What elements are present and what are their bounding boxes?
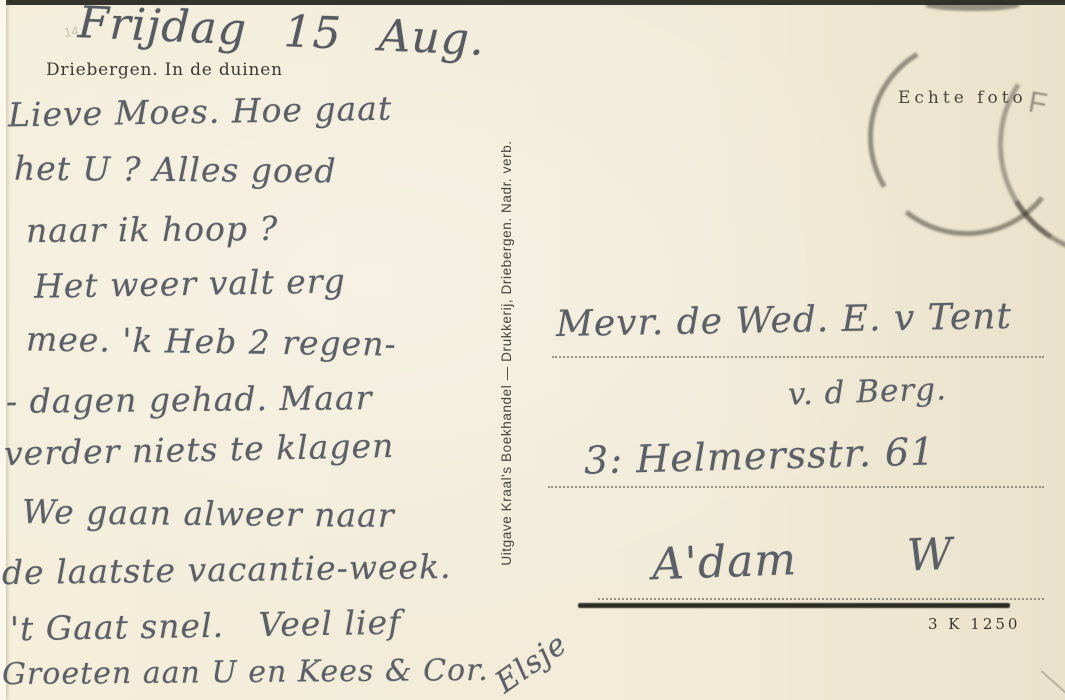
message-line: 't Gaat snel. Veel lief (10, 603, 402, 649)
message-line: - dagen gehad. Maar (6, 378, 373, 421)
scan-edge-left (0, 0, 6, 700)
message-line: de laatste vacantie-week. (2, 547, 452, 592)
message-line: verder niets te klagen (4, 426, 395, 473)
address-rule (548, 486, 1044, 488)
message-line: naar ik hoop ? (26, 209, 279, 250)
photo-quality-mark: Echte foto (898, 88, 1027, 108)
print-code: 3 K 1250 (928, 615, 1020, 633)
message-line: mee. 'k Heb 2 regen- (26, 319, 397, 363)
message-line: We gaan alweer naar (22, 492, 395, 535)
message-line: het U ? Alles goed (14, 149, 337, 191)
message-line: Lieve Moes. Hoe gaat (8, 89, 393, 135)
postmark-smudge-icon (925, 0, 1020, 11)
address-line-2: v. d Berg. (787, 371, 947, 413)
corner-scratch (1041, 670, 1065, 700)
handwritten-date: Frijdag 15 Aug. (77, 0, 486, 66)
address-line-1: Mevr. de Wed. E. v Tent (556, 296, 1013, 345)
printed-caption: Driebergen. In de duinen (46, 60, 283, 80)
postcard-back: 14 Frijdag 15 Aug. Driebergen. In de dui… (0, 0, 1065, 700)
publisher-imprint: Uitgave Kraal's Boekhandel — Drukkerij, … (499, 64, 514, 642)
address-line-4: A'dam W (651, 529, 954, 590)
address-rule (598, 598, 1044, 600)
strike-bar (578, 603, 1010, 608)
address-rule (552, 356, 1044, 358)
message-line: Groeten aan U en Kees & Cor. (2, 653, 489, 692)
message-line: Het weer valt erg (34, 261, 346, 305)
address-line-3: 3: Helmersstr. 61 (583, 429, 935, 482)
